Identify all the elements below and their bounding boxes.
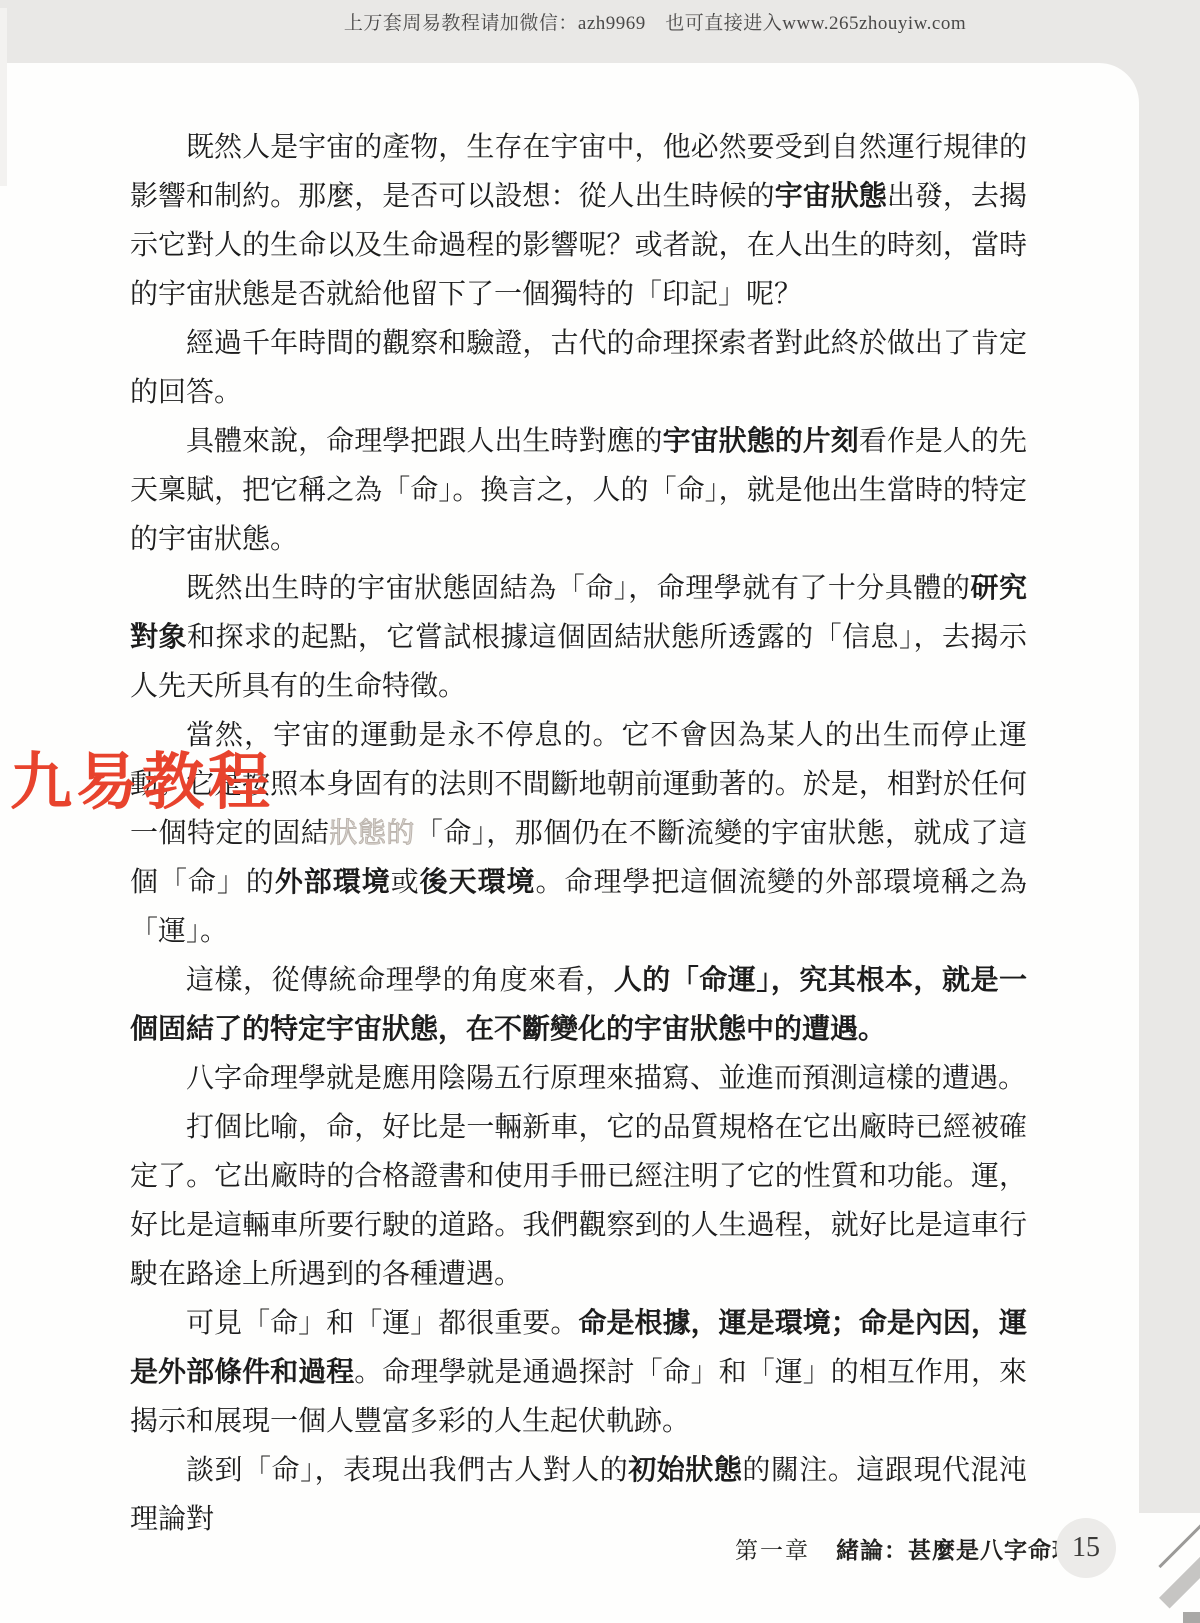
page-body-text: 既然人是宇宙的產物，生存在宇宙中，他必然要受到自然運行規律的影響和制約。那麼，是… (130, 123, 1027, 1544)
paragraph: 打個比喻，命，好比是一輛新車，它的品質規格在它出廠時已經被確定了。它出廠時的合格… (130, 1103, 1027, 1299)
paragraph: 既然出生時的宇宙狀態固結為「命」，命理學就有了十分具體的研究對象和探求的起點，它… (130, 564, 1027, 711)
text-segment: 八字命理學就是應用陰陽五行原理來描寫、並進而預測這樣的遭遇。 (186, 1063, 1026, 1094)
text-segment: 打個比喻，命，好比是一輛新車，它的品質規格在它出廠時已經被確定了。它出廠時的合格… (130, 1112, 1027, 1290)
bold-text-segment: 宇宙狀態的片刻 (663, 426, 859, 457)
page-number: 15 (1072, 1532, 1100, 1564)
text-segment: 這樣，從傳統命理學的角度來看， (186, 965, 614, 996)
paragraph: 這樣，從傳統命理學的角度來看，人的「命運」，究其根本，就是一個固結了的特定宇宙狀… (130, 956, 1027, 1054)
paragraph: 既然人是宇宙的產物，生存在宇宙中，他必然要受到自然運行規律的影響和制約。那麼，是… (130, 123, 1027, 319)
page-number-badge: 15 (1056, 1518, 1116, 1578)
text-segment: 具體來說，命理學把跟人出生時對應的 (186, 426, 663, 457)
corner-sliver (1183, 1612, 1200, 1623)
bold-text-segment: 宇宙狀態 (775, 181, 887, 212)
text-segment: 可見「命」和「運」都很重要。 (186, 1308, 578, 1339)
paragraph: 可見「命」和「運」都很重要。命是根據，運是環境；命是內因，運是外部條件和過程。命… (130, 1299, 1027, 1446)
paragraph: 談到「命」，表現出我們古人對人的初始狀態的關注。這跟現代混沌理論對 (130, 1446, 1027, 1544)
text-segment: 和探求的起點，它嘗試根據這個固結狀態所透露的「信息」，去揭示人先天所具有的生命特… (130, 622, 1027, 702)
text-segment: 經過千年時間的觀察和驗證，古代的命理探索者對此終於做出了肯定的回答。 (130, 328, 1027, 408)
text-segment: 或 (391, 867, 420, 898)
scanned-book-page: 上万套周易教程请加微信：azh9969 也可直接进入www.265zhouyiw… (0, 0, 1200, 1623)
page-edge-strip (0, 8, 7, 186)
faint-text-segment: 狀態的 (329, 818, 414, 849)
paragraph: 經過千年時間的觀察和驗證，古代的命理探索者對此終於做出了肯定的回答。 (130, 319, 1027, 417)
text-segment: 既然出生時的宇宙狀態固結為「命」，命理學就有了十分具體的 (186, 573, 970, 604)
bold-text-segment: 初始狀態 (628, 1455, 742, 1486)
footer-chapter-label: 第一章 (735, 1538, 810, 1563)
text-segment: 談到「命」，表現出我們古人對人的 (186, 1455, 628, 1486)
paragraph: 八字命理學就是應用陰陽五行原理來描寫、並進而預測這樣的遭遇。 (130, 1054, 1027, 1103)
promo-banner-text: 上万套周易教程请加微信：azh9969 也可直接进入www.265zhouyiw… (55, 8, 1200, 35)
red-watermark: 九易教程 (10, 752, 274, 814)
bold-text-segment: 外部環境 (275, 867, 391, 898)
bold-text-segment: 後天環境 (420, 867, 536, 898)
paragraph: 具體來說，命理學把跟人出生時對應的宇宙狀態的片刻看作是人的先天稟賦，把它稱之為「… (130, 417, 1027, 564)
